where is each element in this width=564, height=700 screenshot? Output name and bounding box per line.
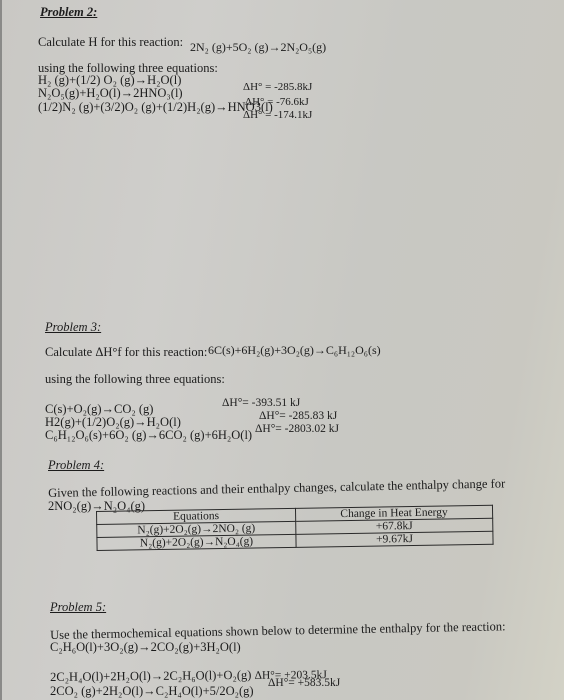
enthalpy-value: ΔH° = -174.1kJ [243,108,312,122]
problem-3-intro: using the following three equations: [45,372,225,386]
problem-4-heading: Problem 4: [48,458,104,472]
equation-row: H2(g)+(1/2)O₂(g)→H₂O(l) [45,415,181,429]
table-cell-equation: N₂(g)+2O₂(g)→N₂O₄(g) [97,534,296,550]
problem-2-prompt: Calculate H for this reaction: [38,35,183,49]
equation-text: 2C₂H₄O(l)+2H₂O(l)→2C₂H₆O(l)+O₂(g) [50,668,251,684]
table-cell-value: +9.67kJ [296,531,493,547]
problem-5-target-reaction: C₂H₆O(l)+3O₂(g)→2CO₂(g)+3H₂O(l) [50,640,241,654]
enthalpy-value: ΔH°= -2803.02 kJ [255,422,339,436]
equation-row: N₂O₅(g)+H₂O(l)→2HNO₃(l) [38,86,183,100]
enthalpy-value: ΔH° = -285.8kJ [243,80,312,94]
equation-row: (1/2)N₂ (g)+(3/2)O₂ (g)+(1/2)H₂(g)→HNO3(… [38,100,273,114]
problem-3-target-reaction: 6C(s)+6H₂(g)+3O₂(g)→C₆H₁₂O₆(s) [208,343,381,357]
problem-5-heading: Problem 5: [50,600,106,614]
enthalpy-value: ΔH°= -393.51 kJ [222,396,300,410]
page-edge [0,0,2,700]
enthalpy-value: ΔH°= -285.83 kJ [259,409,337,423]
enthalpy-value: ΔH°= +583.5kJ [268,676,340,690]
problem-2-target-reaction: 2N₂ (g)+5O₂ (g)→2N₂O₅(g) [190,40,326,54]
problem-3-prompt: Calculate ΔH°f for this reaction: [45,345,207,359]
equation-row: C₆H₁₂O₆(s)+6O₂ (g)→6CO₂ (g)+6H₂O(l) [45,428,252,442]
problem-3-heading: Problem 3: [45,320,101,334]
problem-5-prompt: Use the thermochemical equations shown b… [50,619,506,642]
problem-4-prompt: Given the following reactions and their … [48,476,505,500]
equation-row: C(s)+O₂(g)→CO₂ (g) [45,402,153,416]
equation-row: H₂ (g)+(1/2) O₂ (g)→H₂O(l) [38,73,181,87]
equation-row: 2CO₂ (g)+2H₂O(l)→C₂H₄O(l)+5/2O₂(g) [50,684,254,698]
enthalpy-table: Equations Change in Heat Energy N₂(g)+2O… [96,505,494,551]
problem-2-heading: Problem 2: [40,5,97,19]
